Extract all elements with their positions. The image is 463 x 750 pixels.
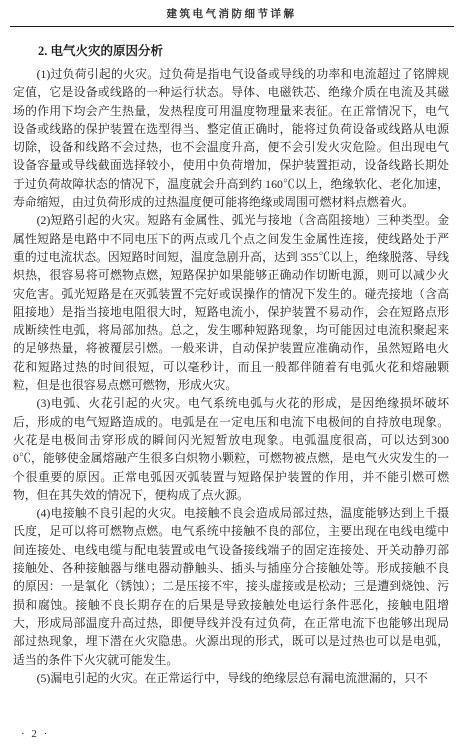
paragraph-overload-fire: (1)过负荷引起的火灾。过负荷是指电气设备或导线的功率和电流超过了铭牌规定值，它… [13,65,449,211]
paragraph-leakage-fire: (5)漏电引起的火灾。在正常运行中，导线的绝缘层总有漏电流泄漏的，只不 [13,669,449,687]
header-rule [10,26,454,27]
running-head-title: 建筑电气消防细节详解 [0,0,463,22]
page-header: 建筑电气消防细节详解 [0,0,463,27]
body-text: (1)过负荷引起的火灾。过负荷是指电气设备或导线的功率和电流超过了铭牌规定值，它… [13,65,449,687]
paragraph-short-circuit-fire: (2)短路引起的火灾。短路有金属性、弧光与接地（含高阻接地）三种类型。金属性短路… [13,211,449,394]
page-number: · 2 · [21,728,49,740]
section-heading: 2. 电气火灾的原因分析 [13,43,449,59]
paragraph-arc-spark-fire: (3)电弧、火花引起的火灾。电气系统电弧与火花的形成，是因绝缘损坏破坏后，形成的… [13,394,449,504]
paragraph-poor-contact-fire: (4)电接触不良引起的火灾。电接触不良会造成局部过热，温度能够达到上千摄氏度，足… [13,504,449,669]
book-page: 建筑电气消防细节详解 2. 电气火灾的原因分析 (1)过负荷引起的火灾。过负荷是… [0,0,463,750]
